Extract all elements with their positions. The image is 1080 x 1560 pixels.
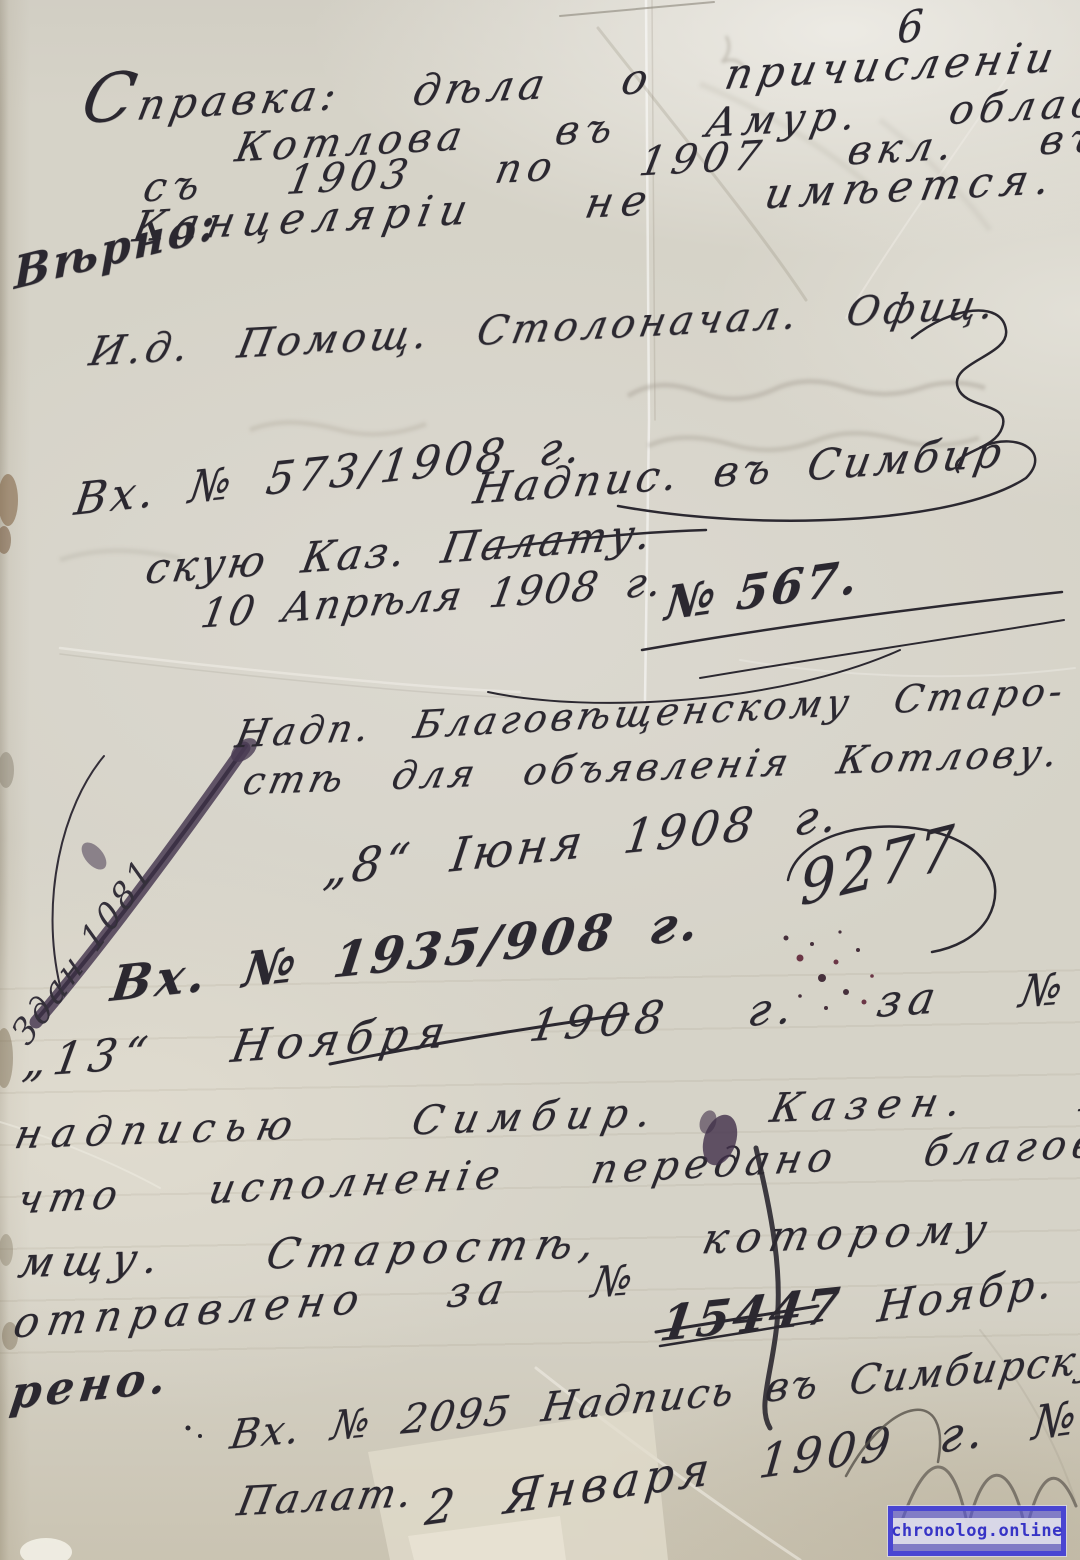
hw-entry3-ref-struck: 15447 (657, 1281, 845, 1349)
watermark-band: chronolog.online (893, 1518, 1061, 1544)
margin-exemplar-note: Здан 1081 (5, 849, 163, 1054)
hw-entry3-number: Вх. № 1935/908 г. (108, 898, 705, 1009)
hw-verno: Вѣрно: (14, 201, 218, 297)
document-page: 6 Справка: дѣла о причисленіи Котлова въ… (0, 0, 1080, 1560)
hw-entry3-line6: рено. (8, 1355, 174, 1417)
hw-entry2-date: „8“ Іюня 1908 г. (321, 791, 844, 892)
watermark-text: chronolog.online (891, 1521, 1063, 1541)
hw-entry3-month: Ноябр. (875, 1261, 1057, 1329)
hw-signature-title: И.д. Помощ. Столоначал. Офиц. (86, 284, 1001, 372)
hw-entry1-ref: № 567. (663, 553, 862, 627)
hw-entry4-line2: Палат. (234, 1473, 418, 1523)
watermark: chronolog.online (888, 1506, 1066, 1556)
